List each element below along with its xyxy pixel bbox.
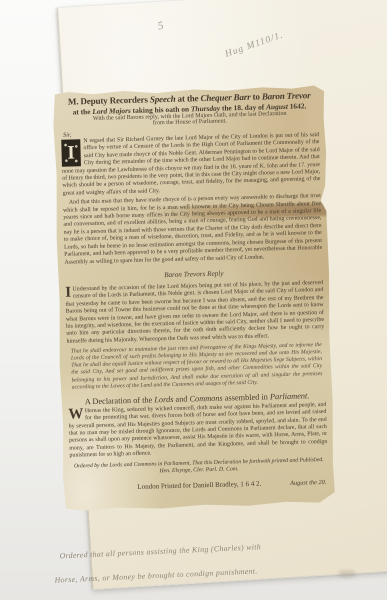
imprint: London Printed for Daniell Bradley, 1 6 … [137,479,261,490]
broadside-document: M. Deputy Recorders Speech at the Cheque… [52,85,336,512]
reply-heading: Baron Trevors Reply [65,267,323,282]
printed-text-block: M. Deputy Recorders Speech at the Cheque… [60,90,329,508]
speech-paragraph-2: And that this man that they have made ch… [63,193,323,266]
reply-paragraph-text: Understand by the occasion of the late L… [65,280,324,345]
reply-paragraph: IUnderstand by the occasion of the late … [65,280,324,346]
initial-I: I [65,286,71,300]
photo-backdrop: 5 Hug M110/1. M. Deputy Recorders Speech… [0,0,387,600]
speech-paragraph-1: IN regard that Sir Richard Gurney the la… [61,132,320,198]
woodcut-initial-I: I [61,139,81,166]
imprint-row: London Printed for Daniell Bradley, 1 6 … [70,477,328,492]
declaration-paragraph-text: Hereas the King, seduced by wicked counc… [69,402,328,459]
speech-paragraph-1-text: N regard that Sir Richard Gurney the lat… [62,132,320,197]
declaration-paragraph: WHereas the King, seduced by wicked coun… [68,402,327,461]
initial-W: W [68,408,83,422]
oath-paragraph: That he shall endeavour to maintaine the… [71,342,323,391]
imprint-date: August the 20. [290,479,326,487]
photo-of-broadside: { "annotations": { "pencil_mark": "5", "… [0,0,387,600]
